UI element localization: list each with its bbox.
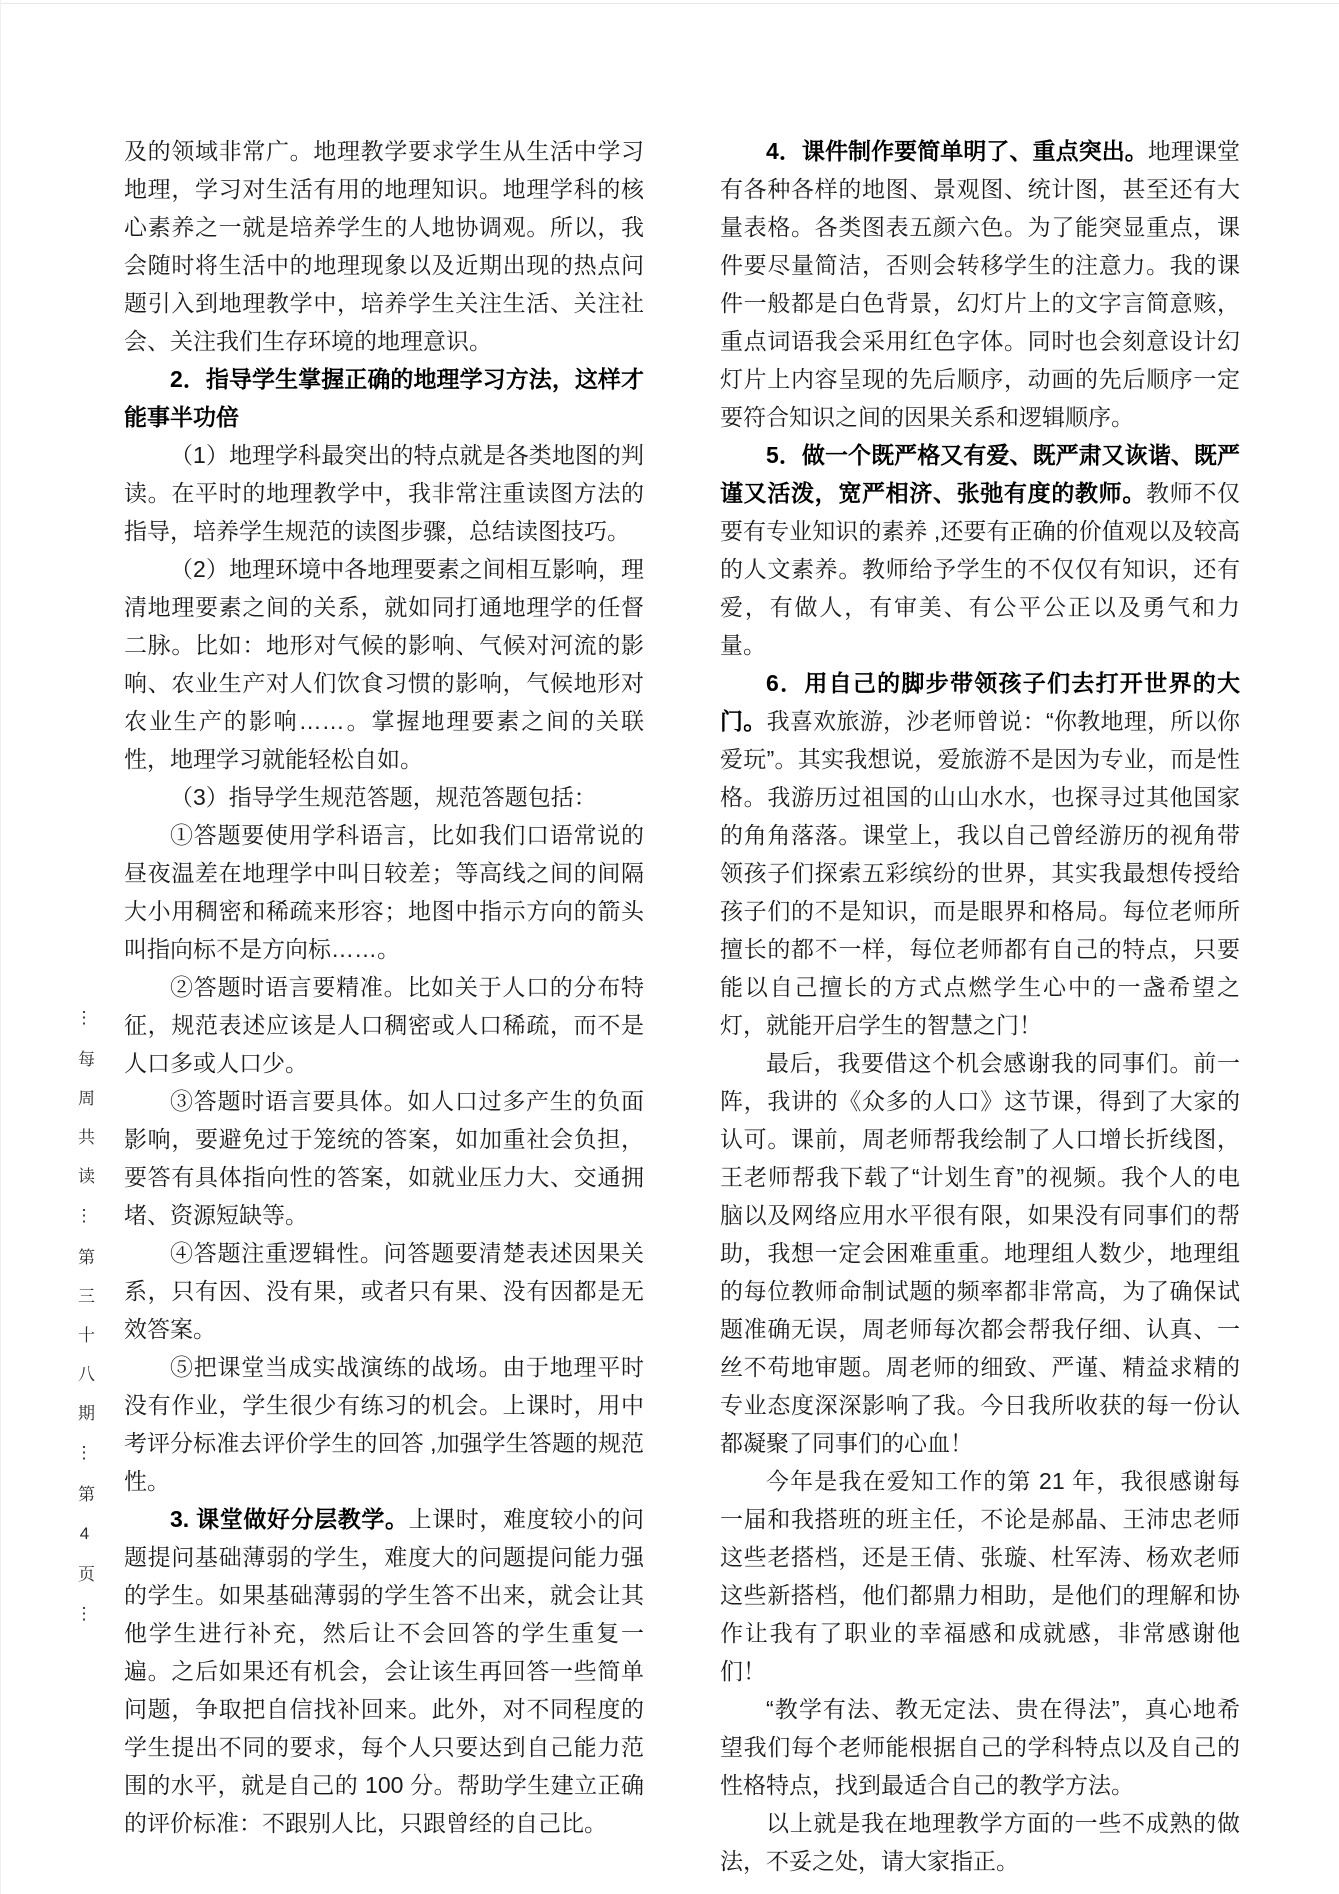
body-text: ⑤把课堂当成实战演练的战场。由于地理平时没有作业，学生很少有练习的机会。上课时，… — [124, 1354, 644, 1494]
paragraph: 4．课件制作要简单明了、重点突出。地理课堂有各种各样的地图、景观图、统计图，甚至… — [720, 132, 1240, 436]
paragraph: （3）指导学生规范答题，规范答题包括： — [124, 778, 644, 816]
body-text: 我喜欢旅游，沙老师曾说：“你教地理，所以你爱玩”。其实我想说，爱旅游不是因为专业… — [720, 708, 1240, 1038]
column-left: 及的领域非常广。地理教学要求学生从生活中学习地理，学习对生活有用的地理知识。地理… — [124, 132, 644, 1842]
paragraph: （1）地理学科最突出的特点就是各类地图的判读。在平时的地理教学中，我非常注重读图… — [124, 436, 644, 550]
body-text: ②答题时语言要精准。比如关于人口的分布特征，规范表述应该是人口稠密或人口稀疏，而… — [124, 974, 644, 1076]
paragraph: 最后，我要借这个机会感谢我的同事们。前一阵，我讲的《众多的人口》这节课，得到了大… — [720, 1044, 1240, 1462]
paragraph: ④答题注重逻辑性。问答题要清楚表述因果关系，只有因、没有果，或者只有果、没有因都… — [124, 1234, 644, 1348]
bold-heading-text: 2．指导学生掌握正确的地理学习方法，这样才能事半功倍 — [124, 366, 644, 430]
body-text: （2）地理环境中各地理要素之间相互影响，理清地理要素之间的关系，就如同打通地理学… — [124, 556, 644, 772]
paragraph: ⑤把课堂当成实战演练的战场。由于地理平时没有作业，学生很少有练习的机会。上课时，… — [124, 1348, 644, 1500]
paragraph: 今年是我在爱知工作的第 21 年，我很感谢每一届和我搭班的班主任，不论是郝晶、王… — [720, 1462, 1240, 1690]
paragraph: “教学有法、教无定法、贵在得法”，真心地希望我们每个老师能根据自己的学科特点以及… — [720, 1690, 1240, 1804]
body-text: ③答题时语言要具体。如人口过多产生的负面影响，要避免过于笼统的答案，如加重社会负… — [124, 1088, 644, 1228]
body-text: 以上就是我在地理教学方面的一些不成熟的做法，不妥之处，请大家指正。 — [720, 1810, 1240, 1874]
body-text: 及的领域非常广。地理教学要求学生从生活中学习地理，学习对生活有用的地理知识。地理… — [124, 138, 644, 354]
body-text: 地理课堂有各种各样的地图、景观图、统计图，甚至还有大量表格。各类图表五颜六色。为… — [720, 138, 1240, 430]
paragraph: ②答题时语言要精准。比如关于人口的分布特征，规范表述应该是人口稠密或人口稀疏，而… — [124, 968, 644, 1082]
body-text: 上课时，难度较小的问题提问基础薄弱的学生，难度大的问题提问能力强的学生。如果基础… — [124, 1506, 644, 1836]
page-left-border — [0, 0, 1, 1894]
body-text: ④答题注重逻辑性。问答题要清楚表述因果关系，只有因、没有果，或者只有果、没有因都… — [124, 1240, 644, 1342]
body-text: （3）指导学生规范答题，规范答题包括： — [170, 784, 597, 810]
paragraph: 6．用自己的脚步带领孩子们去打开世界的大门。我喜欢旅游，沙老师曾说：“你教地理，… — [720, 664, 1240, 1044]
paragraph: 5．做一个既严格又有爱、既严肃又诙谐、既严谨又活泼，宽严相济、张弛有度的教师。教… — [720, 436, 1240, 664]
paragraph: ③答题时语言要具体。如人口过多产生的负面影响，要避免过于笼统的答案，如加重社会负… — [124, 1082, 644, 1234]
paragraph: （2）地理环境中各地理要素之间相互影响，理清地理要素之间的关系，就如同打通地理学… — [124, 550, 644, 778]
body-text: ①答题要使用学科语言，比如我们口语常说的昼夜温差在地理学中叫日较差；等高线之间的… — [124, 822, 644, 962]
paragraph: 以上就是我在地理教学方面的一些不成熟的做法，不妥之处，请大家指正。 — [720, 1804, 1240, 1880]
paragraph: ①答题要使用学科语言，比如我们口语常说的昼夜温差在地理学中叫日较差；等高线之间的… — [124, 816, 644, 968]
body-text: （1）地理学科最突出的特点就是各类地图的判读。在平时的地理教学中，我非常注重读图… — [124, 442, 644, 544]
page-top-border — [0, 3, 1339, 4]
paragraph: 3. 课堂做好分层教学。上课时，难度较小的问题提问基础薄弱的学生，难度大的问题提… — [124, 1500, 644, 1842]
sidebar-vertical-label: ⋮每周共读⋮第三十八期⋮第4页⋮ — [72, 1008, 97, 1646]
body-text: 最后，我要借这个机会感谢我的同事们。前一阵，我讲的《众多的人口》这节课，得到了大… — [720, 1050, 1240, 1456]
column-right: 4．课件制作要简单明了、重点突出。地理课堂有各种各样的地图、景观图、统计图，甚至… — [720, 132, 1240, 1880]
body-text: 今年是我在爱知工作的第 21 年，我很感谢每一届和我搭班的班主任，不论是郝晶、王… — [720, 1468, 1240, 1684]
bold-heading-text: 3. 课堂做好分层教学。 — [170, 1506, 409, 1532]
bold-heading-text: 4．课件制作要简单明了、重点突出。 — [766, 138, 1148, 164]
body-text: 教师不仅要有专业知识的素养 ,还要有正确的价值观以及较高的人文素养。教师给予学生… — [720, 480, 1240, 658]
body-text: “教学有法、教无定法、贵在得法”，真心地希望我们每个老师能根据自己的学科特点以及… — [720, 1696, 1240, 1798]
paragraph: 2．指导学生掌握正确的地理学习方法，这样才能事半功倍 — [124, 360, 644, 436]
paragraph: 及的领域非常广。地理教学要求学生从生活中学习地理，学习对生活有用的地理知识。地理… — [124, 132, 644, 360]
